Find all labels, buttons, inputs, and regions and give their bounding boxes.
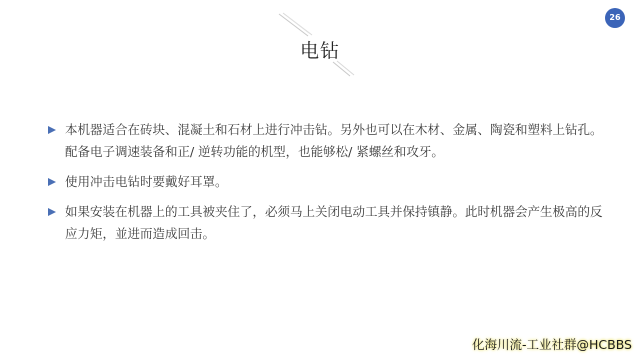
triangle-bullet-icon — [48, 178, 56, 186]
triangle-bullet-icon — [48, 208, 56, 216]
bullet-item: 如果安装在机器上的工具被夹住了，必须马上关闭电动工具并保持镇静。此时机器会产生极… — [48, 201, 608, 245]
watermark: 化海川流-工业社群@HCBBS — [472, 335, 632, 353]
bullet-text: 使用冲击电钻时要戴好耳罩。 — [65, 174, 228, 189]
page-number-badge: 26 — [605, 8, 625, 28]
bullet-text: 本机器适合在砖块、混凝土和石材上进行冲击钻。另外也可以在木材、金属、陶瓷和塑料上… — [65, 122, 603, 159]
slide-title: 电钻 — [0, 36, 640, 63]
bullet-item: 本机器适合在砖块、混凝土和石材上进行冲击钻。另外也可以在木材、金属、陶瓷和塑料上… — [48, 119, 608, 163]
bullet-text: 如果安装在机器上的工具被夹住了，必须马上关闭电动工具并保持镇静。此时机器会产生极… — [65, 204, 603, 241]
bullet-item: 使用冲击电钻时要戴好耳罩。 — [48, 171, 608, 193]
triangle-bullet-icon — [48, 126, 56, 134]
bullet-list: 本机器适合在砖块、混凝土和石材上进行冲击钻。另外也可以在木材、金属、陶瓷和塑料上… — [48, 119, 608, 253]
slide: 电钻 26 本机器适合在砖块、混凝土和石材上进行冲击钻。另外也可以在木材、金属、… — [0, 0, 640, 360]
